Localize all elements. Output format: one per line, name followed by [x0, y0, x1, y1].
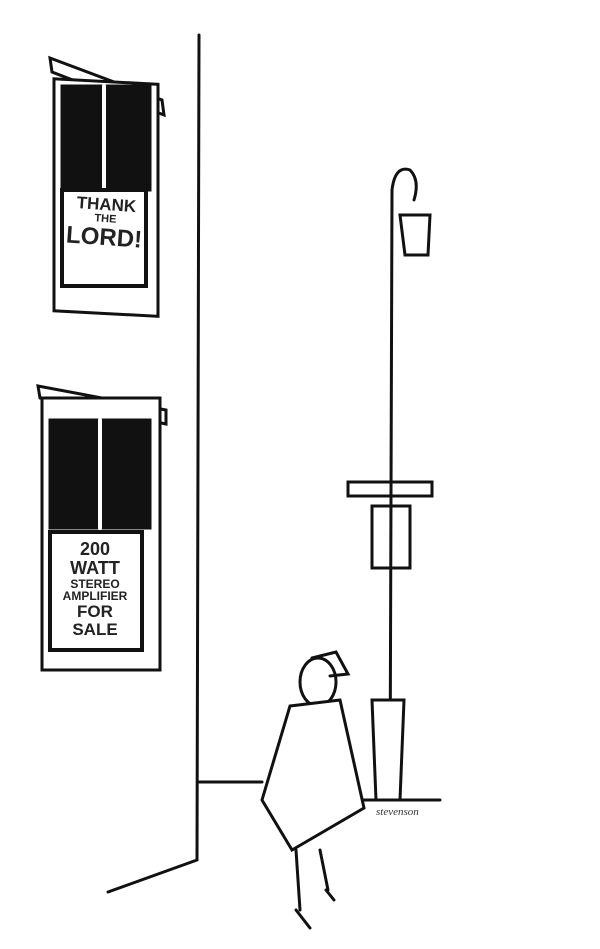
artist-signature: stevenson — [376, 806, 419, 818]
upper-window-sign: THANK THE LORD! — [63, 193, 145, 284]
sign-line: LORD! — [65, 223, 143, 253]
drawing — [0, 0, 600, 949]
lower-window-sign: 200 WATT STEREO AMPLIFIER FOR SALE — [54, 540, 136, 642]
cartoon-illustration: THANK THE LORD! 200 WATT STEREO AMPLIFIE… — [0, 0, 600, 949]
sign-line: 200 WATT — [54, 540, 136, 578]
sign-line: FOR SALE — [54, 603, 136, 639]
